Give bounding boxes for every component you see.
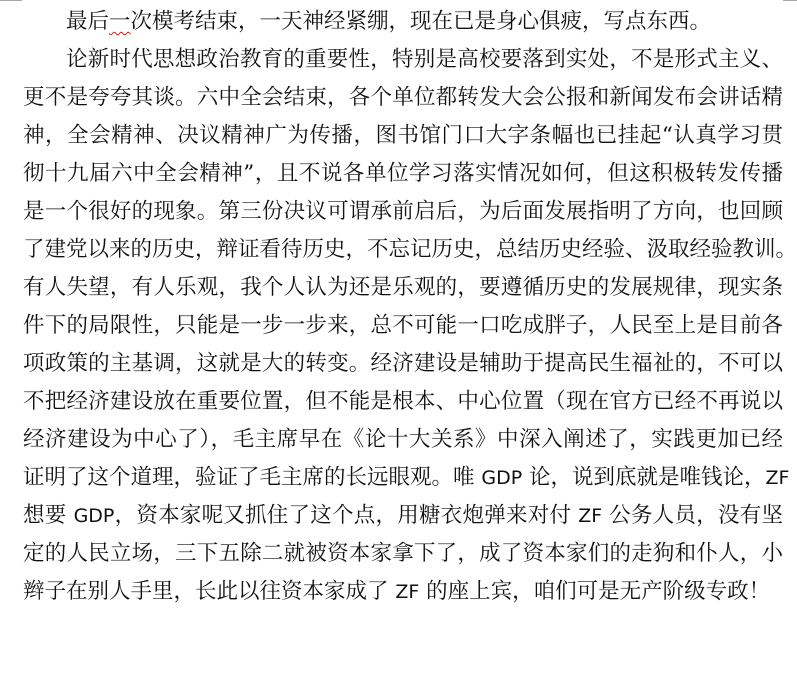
text-run: 证明了这个道理，验证了毛主席的长远眼观。唯 [23,465,481,490]
text-run: 的座上宾，咱们可是无产阶级专政！ [419,579,770,604]
document-page[interactable]: 最后一次模考结束，一天神经紧绷，现在已是身心俱疲，写点东西。 论新时代思想政治教… [23,3,783,611]
paragraph-2-line-8: 件下的局限性，只能是一步一步来，总不可能一口吃成胖子，人民至上是目前各 [23,307,783,345]
paragraph-2-line-1: 论新时代思想政治教育的重要性，特别是高校要落到实处，不是形式主义、 [23,41,783,79]
paragraph-2-line-6: 了建党以来的历史，辩证看待历史，不忘记历史，总结历史经验、汲取经验教训。 [23,231,783,269]
text-run-latin: ZF [395,581,419,603]
paragraph-2-line-15: 辫子在别人手里，长此以往资本家成了 ZF 的座上宾，咱们可是无产阶级专政！ [23,573,783,611]
text-run-latin: GDP [481,467,522,489]
paragraph-2-line-14: 定的人民立场，三下五除二就被资本家拿下了，成了资本家们的走狗和仆人，小 [23,535,783,573]
text-run-latin: ZF [766,467,790,489]
text-run-latin: GDP [74,505,115,527]
paragraph-2-line-3: 神，全会精神、决议精神广为传播，图书馆门口大字条幅也已挂起“认真学习贯 [23,117,783,155]
paragraph-2-line-12: 证明了这个道理，验证了毛主席的长远眼观。唯 GDP 论，说到底就是唯钱论，ZF [23,459,783,497]
text-run: 最后 [66,9,109,34]
text-run: ，资本家呢又抓住了这个点，用糖衣炮弹来对付 [114,503,578,528]
text-run: 公务人员，没有坚 [602,503,783,528]
spellcheck-flagged-word[interactable]: 一 [109,9,131,34]
paragraph-2-line-11: 经济建设为中心了），毛主席早在《论十大关系》中深入阐述了，实践更加已经 [23,421,783,459]
page-corner-mark-right [783,0,797,1]
paragraph-2-line-9: 项政策的主基调，这就是大的转变。经济建设是辅助于提高民生福祉的，不可以 [23,345,783,383]
paragraph-2-line-2: 更不是夸夸其谈。六中全会结束，各个单位都转发大会公报和新闻发布会讲话精 [23,79,783,117]
text-run: 论，说到底就是唯钱论， [522,465,765,490]
paragraph-2-line-13: 想要 GDP，资本家呢又抓住了这个点，用糖衣炮弹来对付 ZF 公务人员，没有坚 [23,497,783,535]
paragraph-1-line-1: 最后一次模考结束，一天神经紧绷，现在已是身心俱疲，写点东西。 [23,3,783,41]
paragraph-2-line-4: 彻十九届六中全会精神”，且不说各单位学习落实情况如何，但这积极转发传播 [23,155,783,193]
text-run-latin: ZF [578,505,602,527]
page-corner-mark-left [0,0,22,1]
text-run: 次模考结束，一天神经紧绷，现在已是身心俱疲，写点东西。 [131,9,712,34]
paragraph-2-line-7: 有人失望，有人乐观，我个人认为还是乐观的，要遵循历史的发展规律，现实条 [23,269,783,307]
paragraph-2-line-10: 不把经济建设放在重要位置，但不能是根本、中心位置（现在官方已经不再说以 [23,383,783,421]
paragraph-2-line-5: 是一个很好的现象。第三份决议可谓承前启后，为后面发展指明了方向，也回顾 [23,193,783,231]
text-run: 想要 [23,503,74,528]
text-run: 辫子在别人手里，长此以往资本家成了 [23,579,395,604]
